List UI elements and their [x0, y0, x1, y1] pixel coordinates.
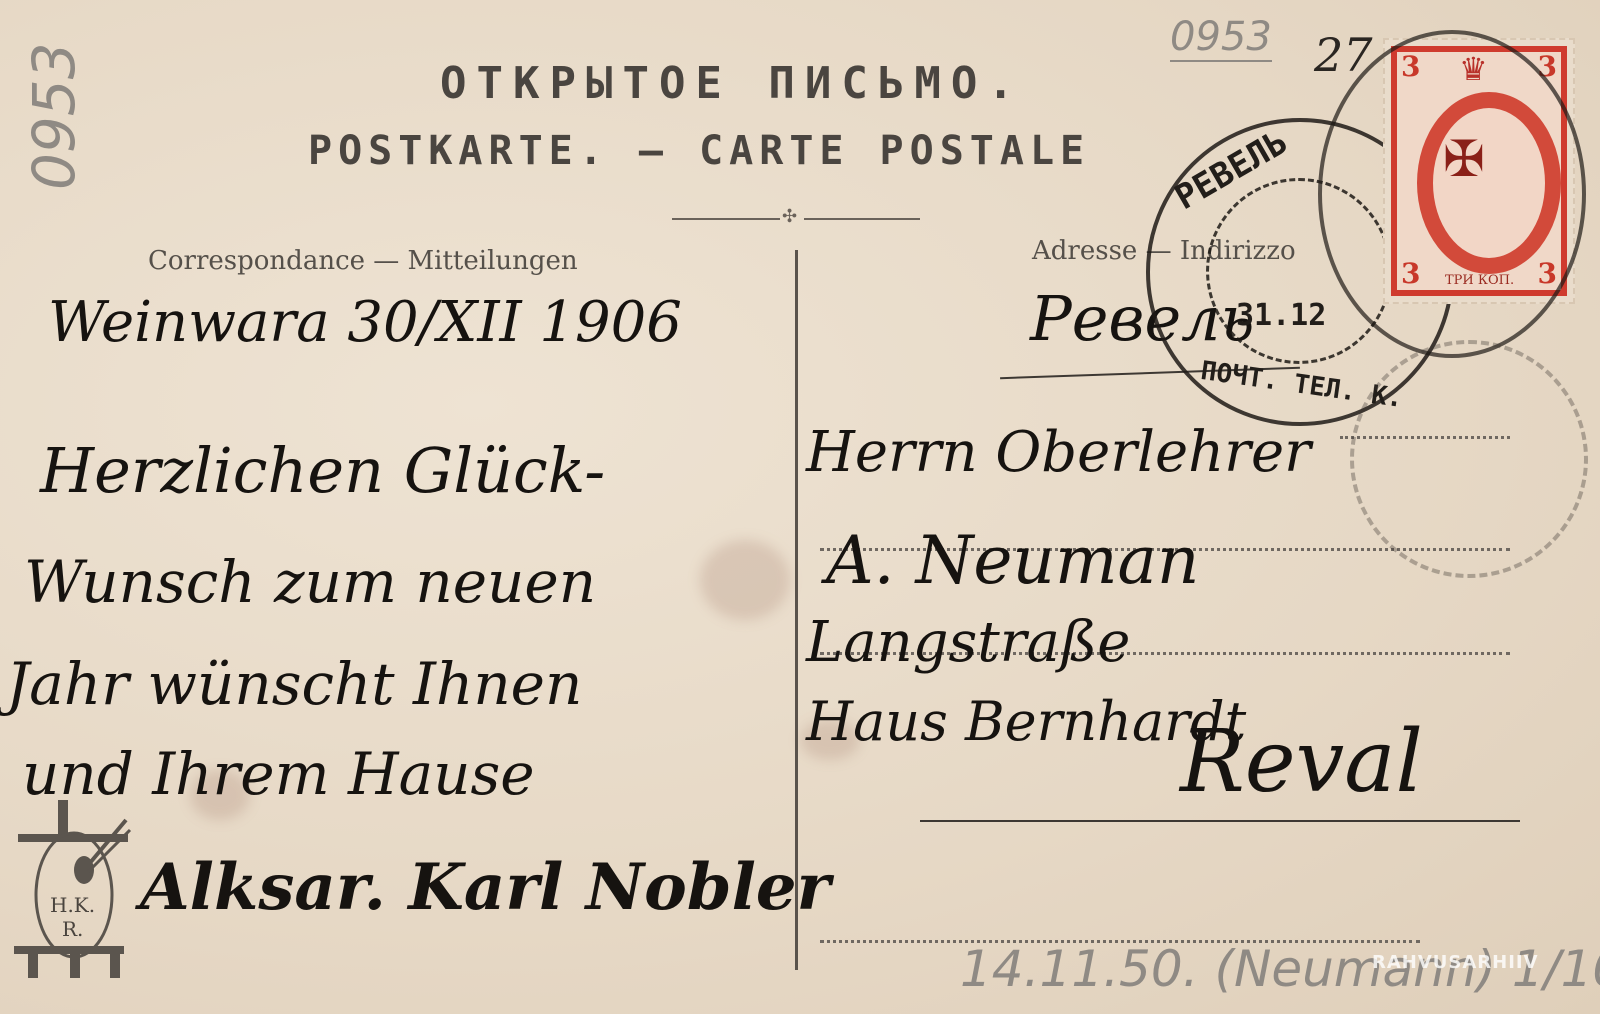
message-line-1: Herzlichen Glück-: [40, 434, 605, 507]
printed-subtitle: POSTKARTE. — CARTE POSTALE: [308, 128, 1090, 174]
archive-number-top: 0953: [1170, 14, 1272, 62]
message-line-2: Wunsch zum neuen: [24, 548, 596, 616]
archive-number-side: 0953: [20, 42, 88, 190]
message-line-4: und Ihrem Hause: [22, 740, 535, 808]
address-solid-line: [920, 820, 1520, 822]
correspondence-label: Correspondance — Mitteilungen: [148, 246, 578, 276]
address-dotted-line: [820, 940, 1420, 943]
publisher-logo: H.K. R.: [14, 800, 134, 980]
address-line-2: A. Neuman: [826, 522, 1199, 599]
printed-title-russian: ОТКРЫТОЕ ПИСЬМО.: [440, 58, 1024, 109]
message-signature: Alksar. Karl Nobler: [140, 850, 830, 925]
svg-text:R.: R.: [62, 917, 83, 941]
ornament-divider: ✣: [672, 212, 920, 226]
postcard-back: ОТКРЫТОЕ ПИСЬМО. POSTKARTE. — CARTE POST…: [0, 0, 1600, 1014]
svg-text:H.K.: H.K.: [50, 893, 95, 917]
message-line-3: Jahr wünscht Ihnen: [6, 650, 582, 718]
address-city: Reval: [1180, 712, 1423, 812]
address-line-1: Herrn Oberlehrer: [806, 420, 1311, 485]
postmark-date: 31.12: [1236, 298, 1326, 333]
archive-watermark: RAHVUSARHIIV: [1372, 952, 1539, 973]
postmark-cancel: [1318, 30, 1586, 358]
flourish-icon: ✣: [782, 206, 797, 227]
postmark-faint: [1350, 340, 1588, 578]
stain: [700, 540, 790, 620]
address-line-3: Langstraße: [806, 610, 1130, 675]
message-place-date: Weinwara 30/XII 1906: [48, 290, 682, 355]
